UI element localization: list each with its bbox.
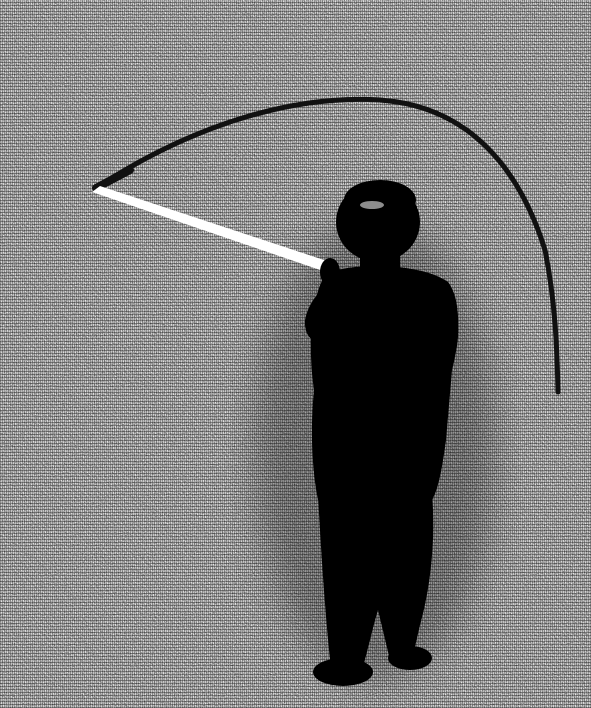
halftone-photo — [0, 0, 591, 708]
photo-scene — [0, 0, 591, 708]
glasses-highlight — [360, 201, 384, 209]
